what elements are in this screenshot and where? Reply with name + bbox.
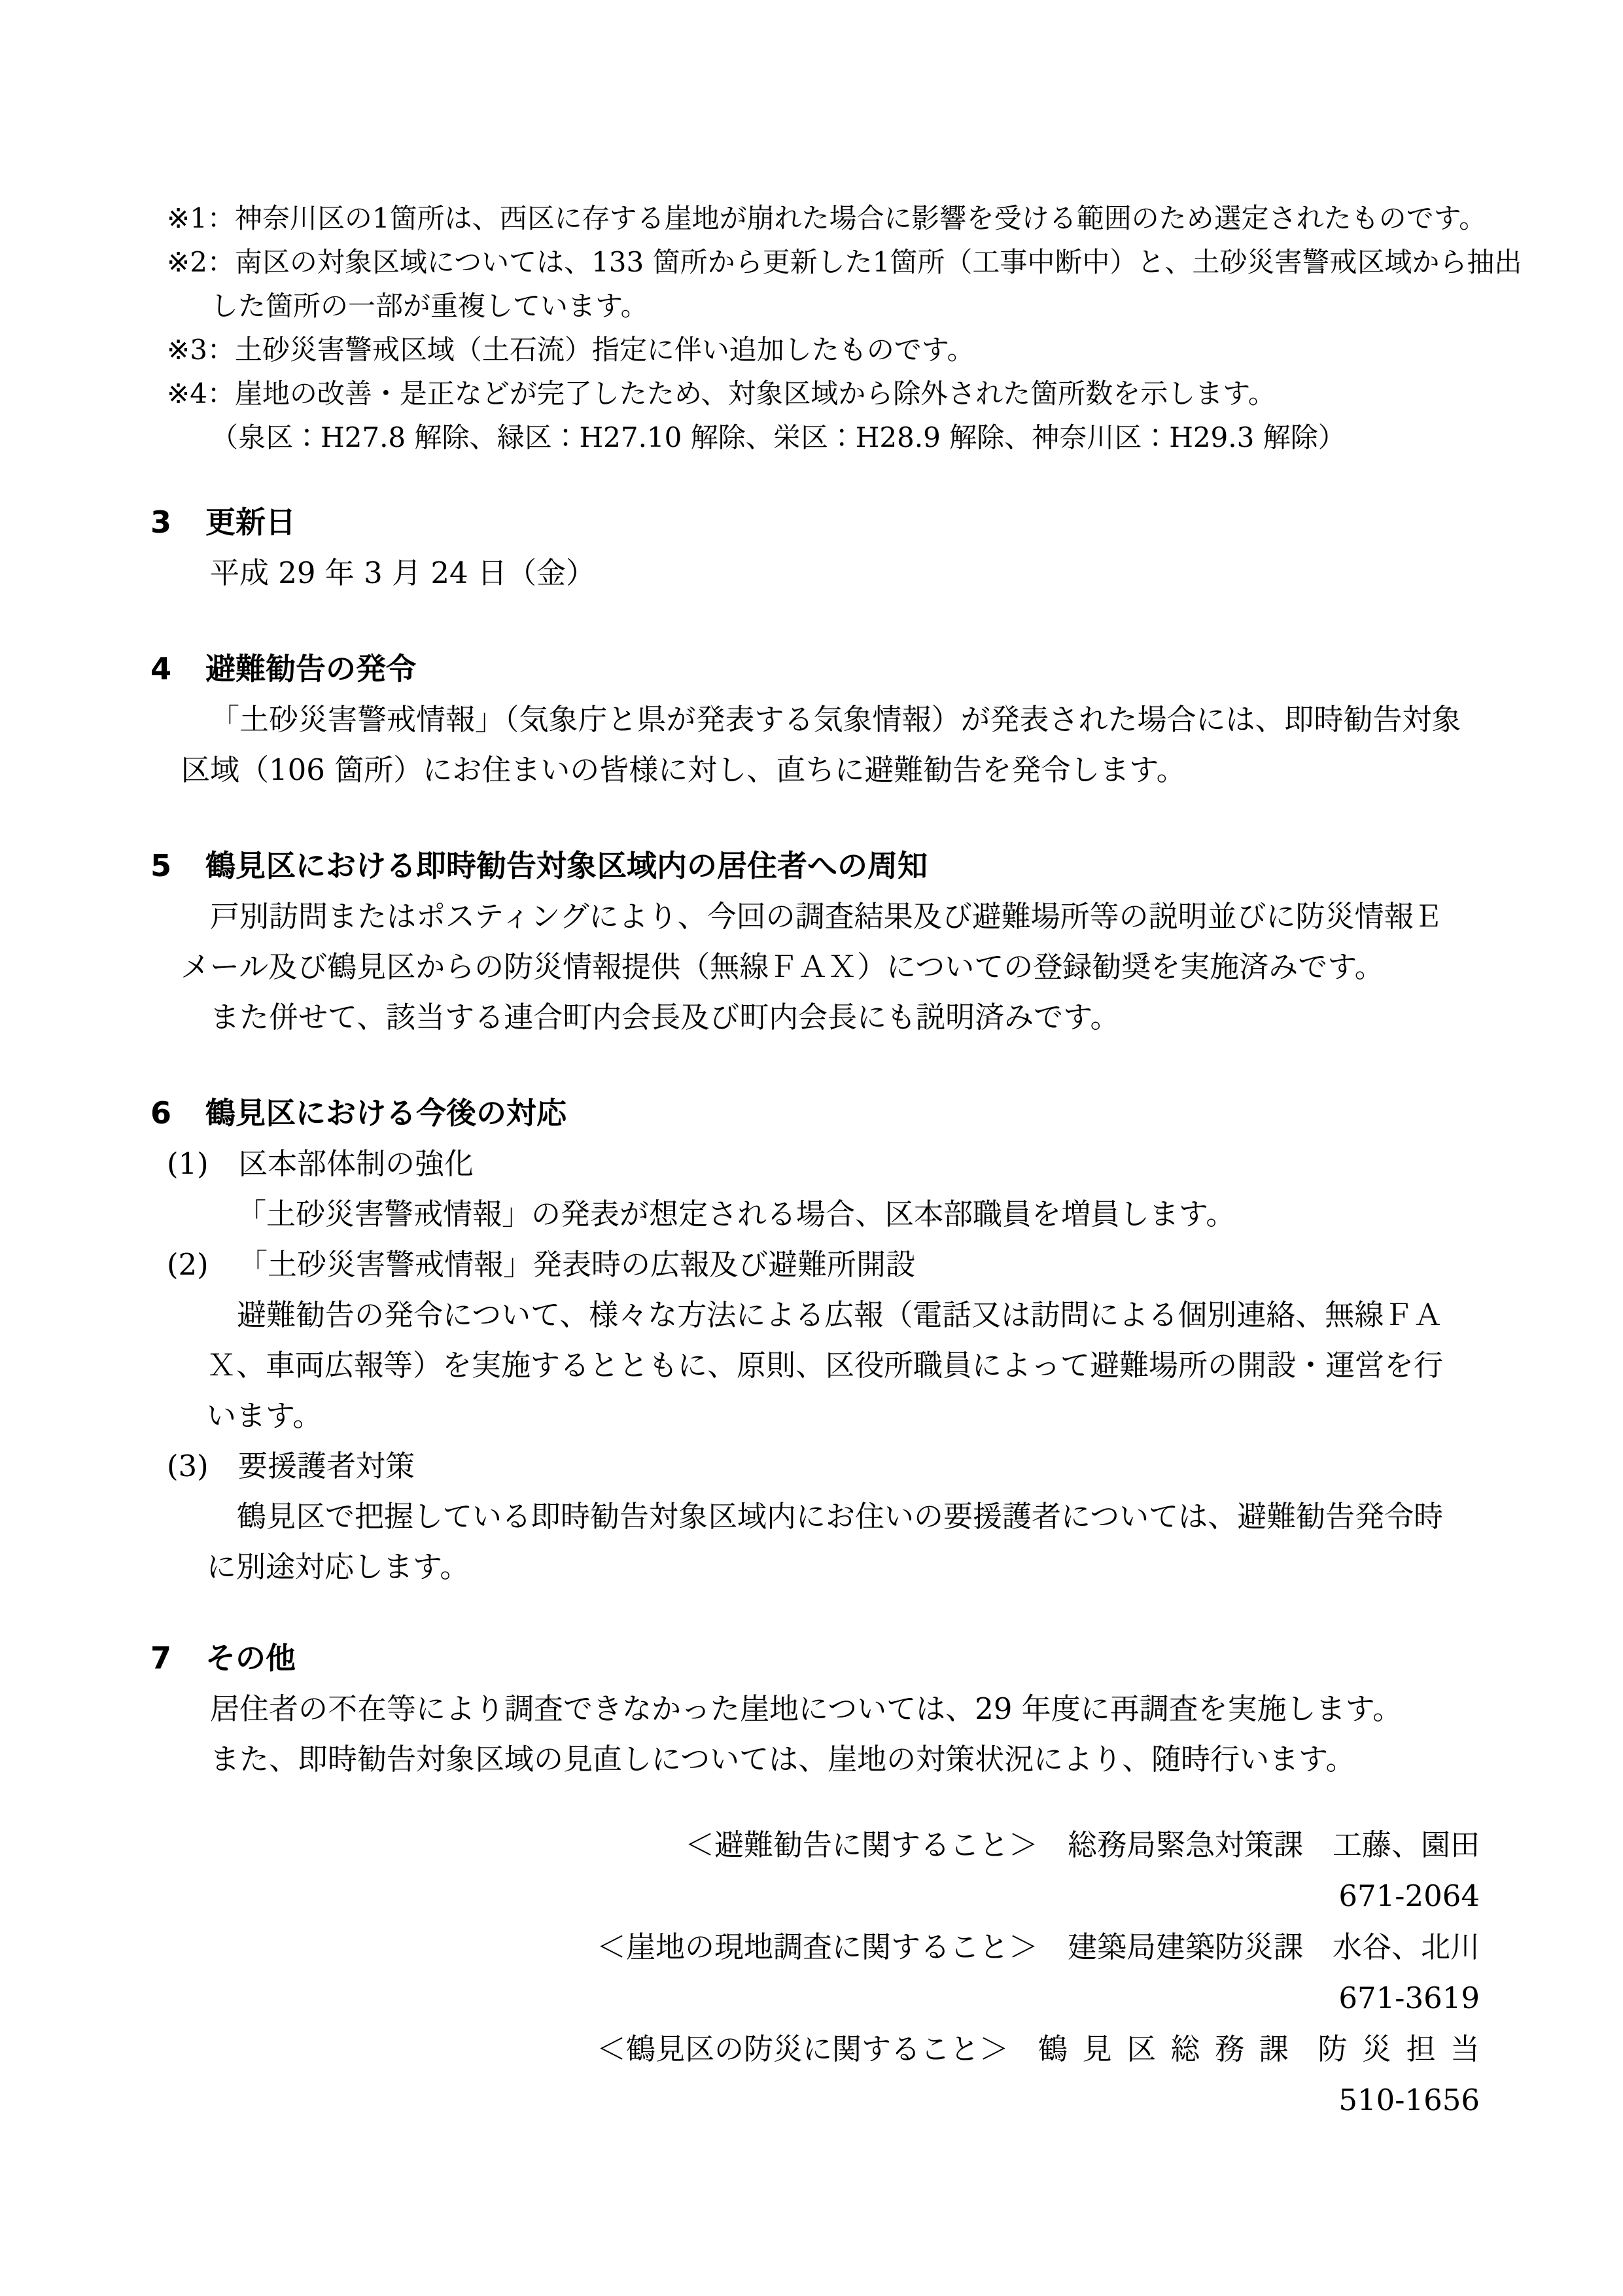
subitem-3-label: (3) [167, 1441, 238, 1491]
note-4: ※4：崖地の改善・是正などが完了したため、対象区域から除外された箇所数を示します… [150, 372, 1480, 415]
section-7-heading: 7その他 [150, 1633, 1480, 1684]
section-5-heading: 5鶴見区における即時勧告対象区域内の居住者への周知 [150, 841, 1480, 891]
section-3-title: 更新日 [205, 504, 296, 540]
document-page: ※1：神奈川区の1箇所は、西区に存する崖地が崩れた場合に影響を受ける範囲のため選… [0, 0, 1623, 2296]
note-4-label: ※4： [167, 372, 235, 415]
document-content: ※1：神奈川区の1箇所は、西区に存する崖地が崩れた場合に影響を受ける範囲のため選… [150, 196, 1480, 2126]
note-1-text: 神奈川区の1箇所は、西区に存する崖地が崩れた場合に影響を受ける範囲のため選定され… [235, 202, 1486, 234]
contact-1-department: 総務局緊急対策課 [1068, 1828, 1303, 1862]
section-7-line-2: また、即時勧告対象区域の見直しについては、崖地の対策状況により、随時行います。 [150, 1734, 1480, 1784]
note-2: ※2：南区の対象区域については、133 箇所から更新した1箇所（工事中断中）と、… [150, 240, 1480, 284]
section-5-number: 5 [150, 841, 205, 891]
contact-3-label: ＜鶴見区の防災に関すること＞ [597, 2032, 1009, 2066]
section-4-evacuation-advisory: 4避難勧告の発令 「土砂災害警戒情報」（気象庁と県が発表する気象情報）が発表され… [150, 644, 1480, 795]
section-5-line-3: また併せて、該当する連合町内会長及び町内会長にも説明済みです。 [150, 992, 1480, 1042]
subitem-3-line-1: 鶴見区で把握している即時勧告対象区域内にお住いの要援護者については、避難勧告発令… [150, 1491, 1480, 1542]
subitem-2-line-2: Ｘ、車両広報等）を実施するとともに、原則、区役所職員によって避難場所の開設・運営… [150, 1340, 1480, 1390]
note-2-continuation: した箇所の一部が重複しています。 [150, 284, 1480, 328]
note-2-label: ※2： [167, 240, 235, 284]
subitem-1-line-1: 「土砂災害警戒情報」の発表が想定される場合、区本部職員を増員します。 [150, 1189, 1480, 1239]
subitem-2-heading: (2)「土砂災害警戒情報」発表時の広報及び避難所開設 [150, 1239, 1480, 1290]
notes-block: ※1：神奈川区の1箇所は、西区に存する崖地が崩れた場合に影響を受ける範囲のため選… [150, 196, 1480, 459]
update-date-text: 平成 29 年 3 月 24 日（金） [150, 548, 1480, 598]
subitem-3-title: 要援護者対策 [238, 1449, 415, 1483]
section-4-heading: 4避難勧告の発令 [150, 644, 1480, 694]
note-4-continuation: （泉区：H27.8 解除、緑区：H27.10 解除、栄区：H28.9 解除、神奈… [150, 415, 1480, 459]
note-4-text: 崖地の改善・是正などが完了したため、対象区域から除外された箇所数を示します。 [235, 378, 1276, 410]
subitem-2-title: 「土砂災害警戒情報」発表時の広報及び避難所開設 [238, 1247, 915, 1282]
contact-1-label: ＜避難勧告に関すること＞ [685, 1828, 1038, 1862]
section-3-heading: 3更新日 [150, 497, 1480, 548]
section-5-title: 鶴見区における即時勧告対象区域内の居住者への周知 [205, 848, 928, 883]
contact-cliff-survey: ＜崖地の現地調査に関すること＞建築局建築防災課水谷、北川 [150, 1922, 1480, 1973]
section-6-title: 鶴見区における今後の対応 [205, 1095, 567, 1131]
section-7-others: 7その他 居住者の不在等により調査できなかった崖地については、29 年度に再調査… [150, 1633, 1480, 1784]
section-7-title: その他 [205, 1640, 296, 1676]
contact-2-names: 水谷、北川 [1333, 1930, 1480, 1964]
section-6-number: 6 [150, 1088, 205, 1139]
subitem-1-label: (1) [167, 1139, 238, 1189]
contact-3-names: 防災担当 [1318, 2032, 1494, 2066]
section-7-line-1: 居住者の不在等により調査できなかった崖地については、29 年度に再調査を実施しま… [150, 1684, 1480, 1734]
note-3: ※3：土砂災害警戒区域（土石流）指定に伴い追加したものです。 [150, 328, 1480, 372]
contacts-block: ＜避難勧告に関すること＞総務局緊急対策課工藤、園田 671-2064 ＜崖地の現… [150, 1820, 1480, 2126]
note-1-label: ※1： [167, 196, 235, 240]
note-3-text: 土砂災害警戒区域（土石流）指定に伴い追加したものです。 [235, 334, 975, 366]
contact-1-names: 工藤、園田 [1333, 1828, 1480, 1862]
subitem-3-line-2: に別途対応します。 [150, 1542, 1480, 1592]
contact-2-phone: 671-3619 [150, 1973, 1480, 2024]
note-3-label: ※3： [167, 328, 235, 372]
section-6-heading: 6鶴見区における今後の対応 [150, 1088, 1480, 1139]
subitem-1-heading: (1)区本部体制の強化 [150, 1139, 1480, 1189]
contact-1-phone: 671-2064 [150, 1871, 1480, 1922]
contact-tsurumi-disaster-prevention: ＜鶴見区の防災に関すること＞鶴見区総務課防災担当 [150, 2024, 1480, 2075]
section-3-number: 3 [150, 497, 205, 548]
section-5-line-2: メール及び鶴見区からの防災情報提供（無線ＦＡＸ）についての登録勧奨を実施済みです… [150, 942, 1480, 992]
note-2-text: 南区の対象区域については、133 箇所から更新した1箇所（工事中断中）と、土砂災… [235, 246, 1522, 278]
section-7-number: 7 [150, 1633, 205, 1684]
section-3-update-date: 3更新日 平成 29 年 3 月 24 日（金） [150, 497, 1480, 598]
subitem-1-title: 区本部体制の強化 [238, 1146, 474, 1181]
contact-2-label: ＜崖地の現地調査に関すること＞ [597, 1930, 1038, 1964]
section-4-number: 4 [150, 644, 205, 694]
section-6-future-response: 6鶴見区における今後の対応 (1)区本部体制の強化 「土砂災害警戒情報」の発表が… [150, 1088, 1480, 1592]
contact-evacuation-advisory: ＜避難勧告に関すること＞総務局緊急対策課工藤、園田 [150, 1820, 1480, 1871]
subitem-3-heading: (3)要援護者対策 [150, 1441, 1480, 1491]
subitem-2-line-1: 避難勧告の発令について、様々な方法による広報（電話又は訪問による個別連絡、無線Ｆ… [150, 1290, 1480, 1340]
subitem-2-line-3: います。 [150, 1390, 1480, 1441]
section-4-line-1: 「土砂災害警戒情報」（気象庁と県が発表する気象情報）が発表された場合には、即時勧… [150, 694, 1480, 745]
subitem-2-label: (2) [167, 1239, 238, 1290]
note-1: ※1：神奈川区の1箇所は、西区に存する崖地が崩れた場合に影響を受ける範囲のため選… [150, 196, 1480, 240]
section-5-resident-notification: 5鶴見区における即時勧告対象区域内の居住者への周知 戸別訪問またはポスティングに… [150, 841, 1480, 1042]
contact-3-department: 鶴見区総務課 [1038, 2032, 1303, 2066]
contact-2-department: 建築局建築防災課 [1068, 1930, 1303, 1964]
section-4-line-2: 区域（106 箇所）にお住まいの皆様に対し、直ちに避難勧告を発令します。 [150, 745, 1480, 795]
section-5-line-1: 戸別訪問またはポスティングにより、今回の調査結果及び避難場所等の説明並びに防災情… [150, 891, 1480, 942]
section-4-title: 避難勧告の発令 [205, 651, 416, 686]
contact-3-phone: 510-1656 [150, 2075, 1480, 2126]
